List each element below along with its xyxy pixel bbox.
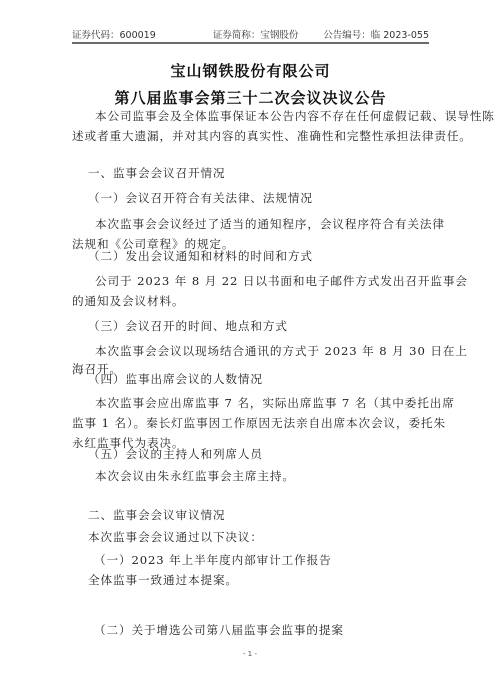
item-1-2-line-2: 的通知及会议材料。 — [72, 291, 429, 311]
item-1-2-line-1: 公司于 2023 年 8 月 22 日以书面和电子邮件方式发出召开监事会 — [72, 271, 429, 291]
item-1-4-line-2: 监事 1 名）。秦长灯监事因工作原因无法亲自出席本次会议，委托朱 — [72, 413, 429, 433]
item-1-4-heading: （四）监事出席会议的人数情况 — [88, 369, 445, 389]
item-1-3-heading: （三）会议召开的时间、地点和方式 — [88, 316, 445, 336]
disclaimer-line-1: 本公司监事会及全体监事保证本公告内容不存在任何虚假记载、误导性陈 — [72, 106, 429, 126]
item-1-5-line-1: 本次会议由朱永红监事会主席主持。 — [72, 466, 429, 486]
item-1-3-line-1: 本次监事会会议以现场结合通讯的方式于 2023 年 8 月 30 日在上 — [72, 341, 429, 361]
item-1-1-heading: （一）会议召开符合有关法律、法规情况 — [88, 188, 445, 208]
disclaimer-line-2: 述或者重大遗漏，并对其内容的真实性、准确性和完整性承担法律责任。 — [72, 126, 429, 146]
announcement-title: 第八届监事会第三十二次会议决议公告 — [72, 87, 429, 108]
document-page: 证券代码：600019 证券简称：宝钢股份 公告编号：临 2023-055 宝山… — [0, 0, 500, 698]
item-1-1-line-1: 本次监事会会议经过了适当的通知程序，会议程序符合有关法律 — [72, 214, 429, 234]
section-2-heading: 二、监事会会议审议情况 — [88, 505, 445, 525]
item-2-1-line-1: 全体监事一致通过本提案。 — [88, 570, 445, 590]
section-2-intro: 本次监事会会议通过以下决议： — [88, 527, 445, 547]
item-1-4-line-1: 本次监事会应出席监事 7 名，实际出席监事 7 名（其中委托出席 — [72, 393, 429, 413]
stock-name: 证券简称：宝钢股份 — [213, 30, 299, 41]
item-1-5-heading: （五）会议的主持人和列席人员 — [88, 444, 445, 464]
announcement-number: 公告编号：临 2023-055 — [323, 30, 429, 41]
item-1-2-heading: （二）发出会议通知和材料的时间和方式 — [88, 246, 445, 266]
item-2-1-heading: （一）2023 年上半年度内部审计工作报告 — [94, 550, 451, 570]
page-number: - 1 - — [0, 650, 500, 658]
company-title: 宝山钢铁股份有限公司 — [72, 60, 429, 81]
section-1-heading: 一、监事会会议召开情况 — [88, 163, 445, 183]
item-2-2-heading: （二）关于增选公司第八届监事会监事的提案 — [94, 620, 451, 640]
page-header: 证券代码：600019 证券简称：宝钢股份 公告编号：临 2023-055 — [72, 30, 429, 44]
stock-code: 证券代码：600019 — [72, 30, 156, 41]
